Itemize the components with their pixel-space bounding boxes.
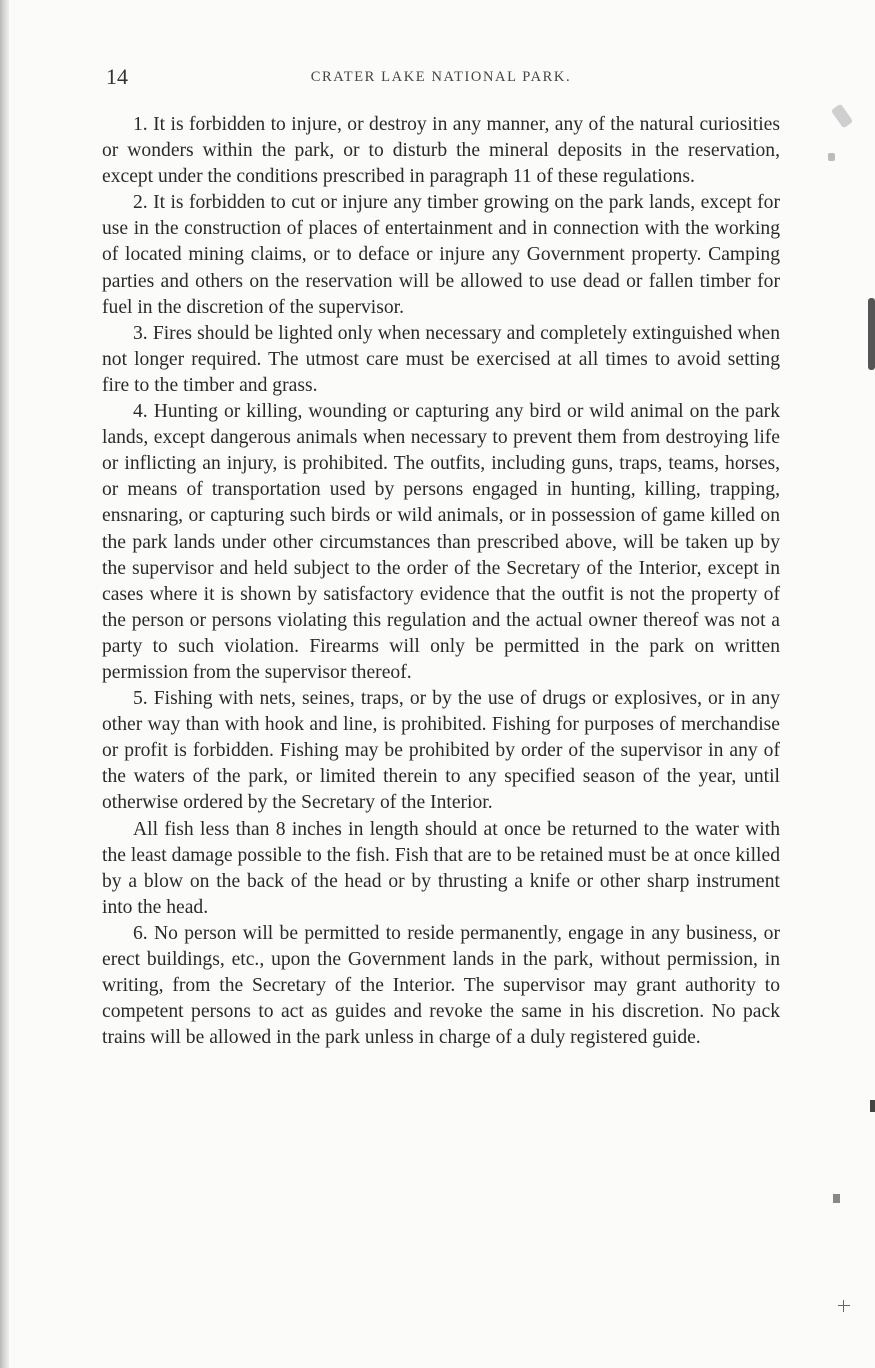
scan-artifact-mark xyxy=(870,1100,875,1112)
scan-artifact-mark xyxy=(831,104,853,129)
regulation-paragraph-2: 2. It is forbidden to cut or injure any … xyxy=(102,190,780,320)
regulation-paragraph-3: 3. Fires should be lighted only when nec… xyxy=(102,321,780,399)
page-spine-shadow xyxy=(0,0,9,1368)
regulation-paragraph-1: 1. It is forbidden to injure, or destroy… xyxy=(102,112,780,190)
page-header: 14 CRATER LAKE NATIONAL PARK. xyxy=(102,64,780,94)
scan-artifact-mark xyxy=(833,1194,840,1203)
regulation-paragraph-4: 4. Hunting or killing, wounding or captu… xyxy=(102,399,780,686)
scan-artifact-mark xyxy=(868,298,875,370)
body-text: 1. It is forbidden to injure, or destroy… xyxy=(102,112,780,1051)
regulation-paragraph-6: 6. No person will be permitted to reside… xyxy=(102,921,780,1051)
fish-size-paragraph: All fish less than 8 inches in length sh… xyxy=(102,817,780,921)
scan-artifact-cross-mark xyxy=(838,1305,850,1306)
scan-artifact-mark xyxy=(828,153,835,161)
scan-artifact-cross-mark xyxy=(843,1300,844,1312)
regulation-paragraph-5: 5. Fishing with nets, seines, traps, or … xyxy=(102,686,780,816)
running-head: CRATER LAKE NATIONAL PARK. xyxy=(102,69,780,86)
